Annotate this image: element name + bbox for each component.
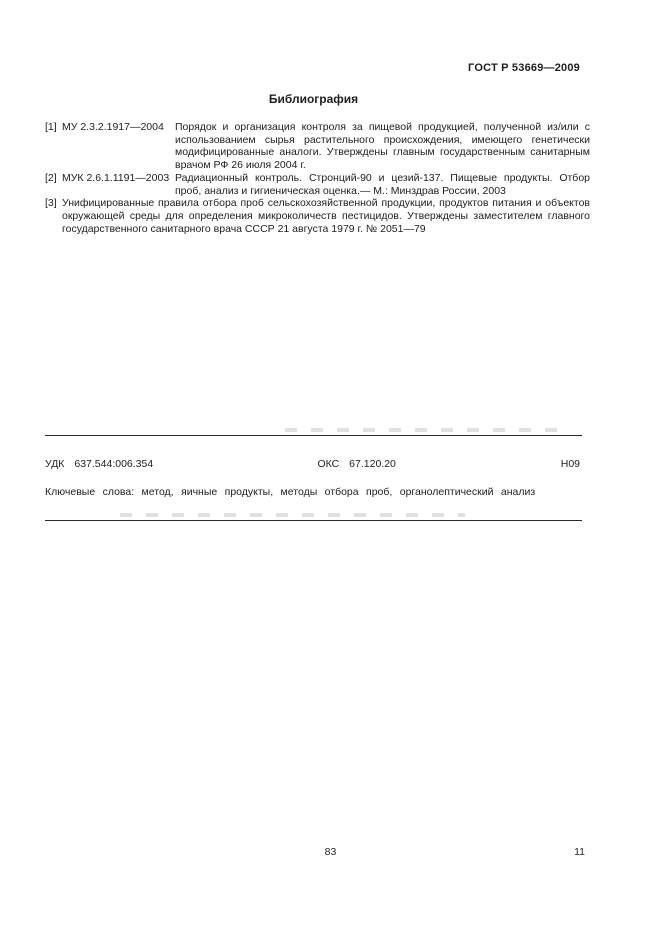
page-number-right: 11 <box>574 846 585 858</box>
gost-standard-number: ГОСТ Р 53669—2009 <box>468 62 580 74</box>
oks-code: ОКС 67.120.20 <box>318 458 396 470</box>
udk-value: 637.544:006.354 <box>74 458 153 470</box>
entry-text: Унифицированные правила отбора проб сель… <box>62 197 590 235</box>
document-page: ГОСТ Р 53669—2009 Библиография [1] МУ 2.… <box>0 0 661 936</box>
group-code: Н09 <box>561 458 580 470</box>
oks-label: ОКС <box>318 458 340 470</box>
bibliography-title: Библиография <box>45 92 582 106</box>
bibliography-entry: [3] Унифицированные правила отбора проб … <box>45 197 590 235</box>
udk-code: УДК 637.544:006.354 <box>45 458 318 470</box>
bibliography-list: [1] МУ 2.3.2.1917—2004 Порядок и организ… <box>45 121 590 235</box>
entry-ref-label: [3] <box>45 197 62 235</box>
page-number-center: 83 <box>0 846 661 858</box>
scan-bleedthrough-artifact <box>120 513 465 517</box>
entry-ref-label: [2] <box>45 172 62 197</box>
oks-and-group: ОКС 67.120.20 Н09 <box>318 458 591 470</box>
oks-value: 67.120.20 <box>349 458 396 470</box>
entry-ref-label: [1] <box>45 121 62 172</box>
scan-bleedthrough-artifact <box>285 428 565 432</box>
classification-row: УДК 637.544:006.354 ОКС 67.120.20 Н09 <box>45 458 590 470</box>
entry-text: Радиационный контроль. Стронций-90 и цез… <box>175 172 590 197</box>
entry-doc-code: МУК 2.6.1.1191—2003 <box>62 172 175 197</box>
keywords-line: Ключевые слова: метод, яичные продукты, … <box>45 486 590 499</box>
horizontal-rule-top <box>45 435 582 436</box>
entry-text: Порядок и организация контроля за пищево… <box>175 121 590 172</box>
horizontal-rule-bottom <box>45 520 582 521</box>
bibliography-entry: [1] МУ 2.3.2.1917—2004 Порядок и организ… <box>45 121 590 172</box>
udk-label: УДК <box>45 458 64 470</box>
entry-doc-code: МУ 2.3.2.1917—2004 <box>62 121 175 172</box>
bibliography-entry: [2] МУК 2.6.1.1191—2003 Радиационный кон… <box>45 172 590 197</box>
